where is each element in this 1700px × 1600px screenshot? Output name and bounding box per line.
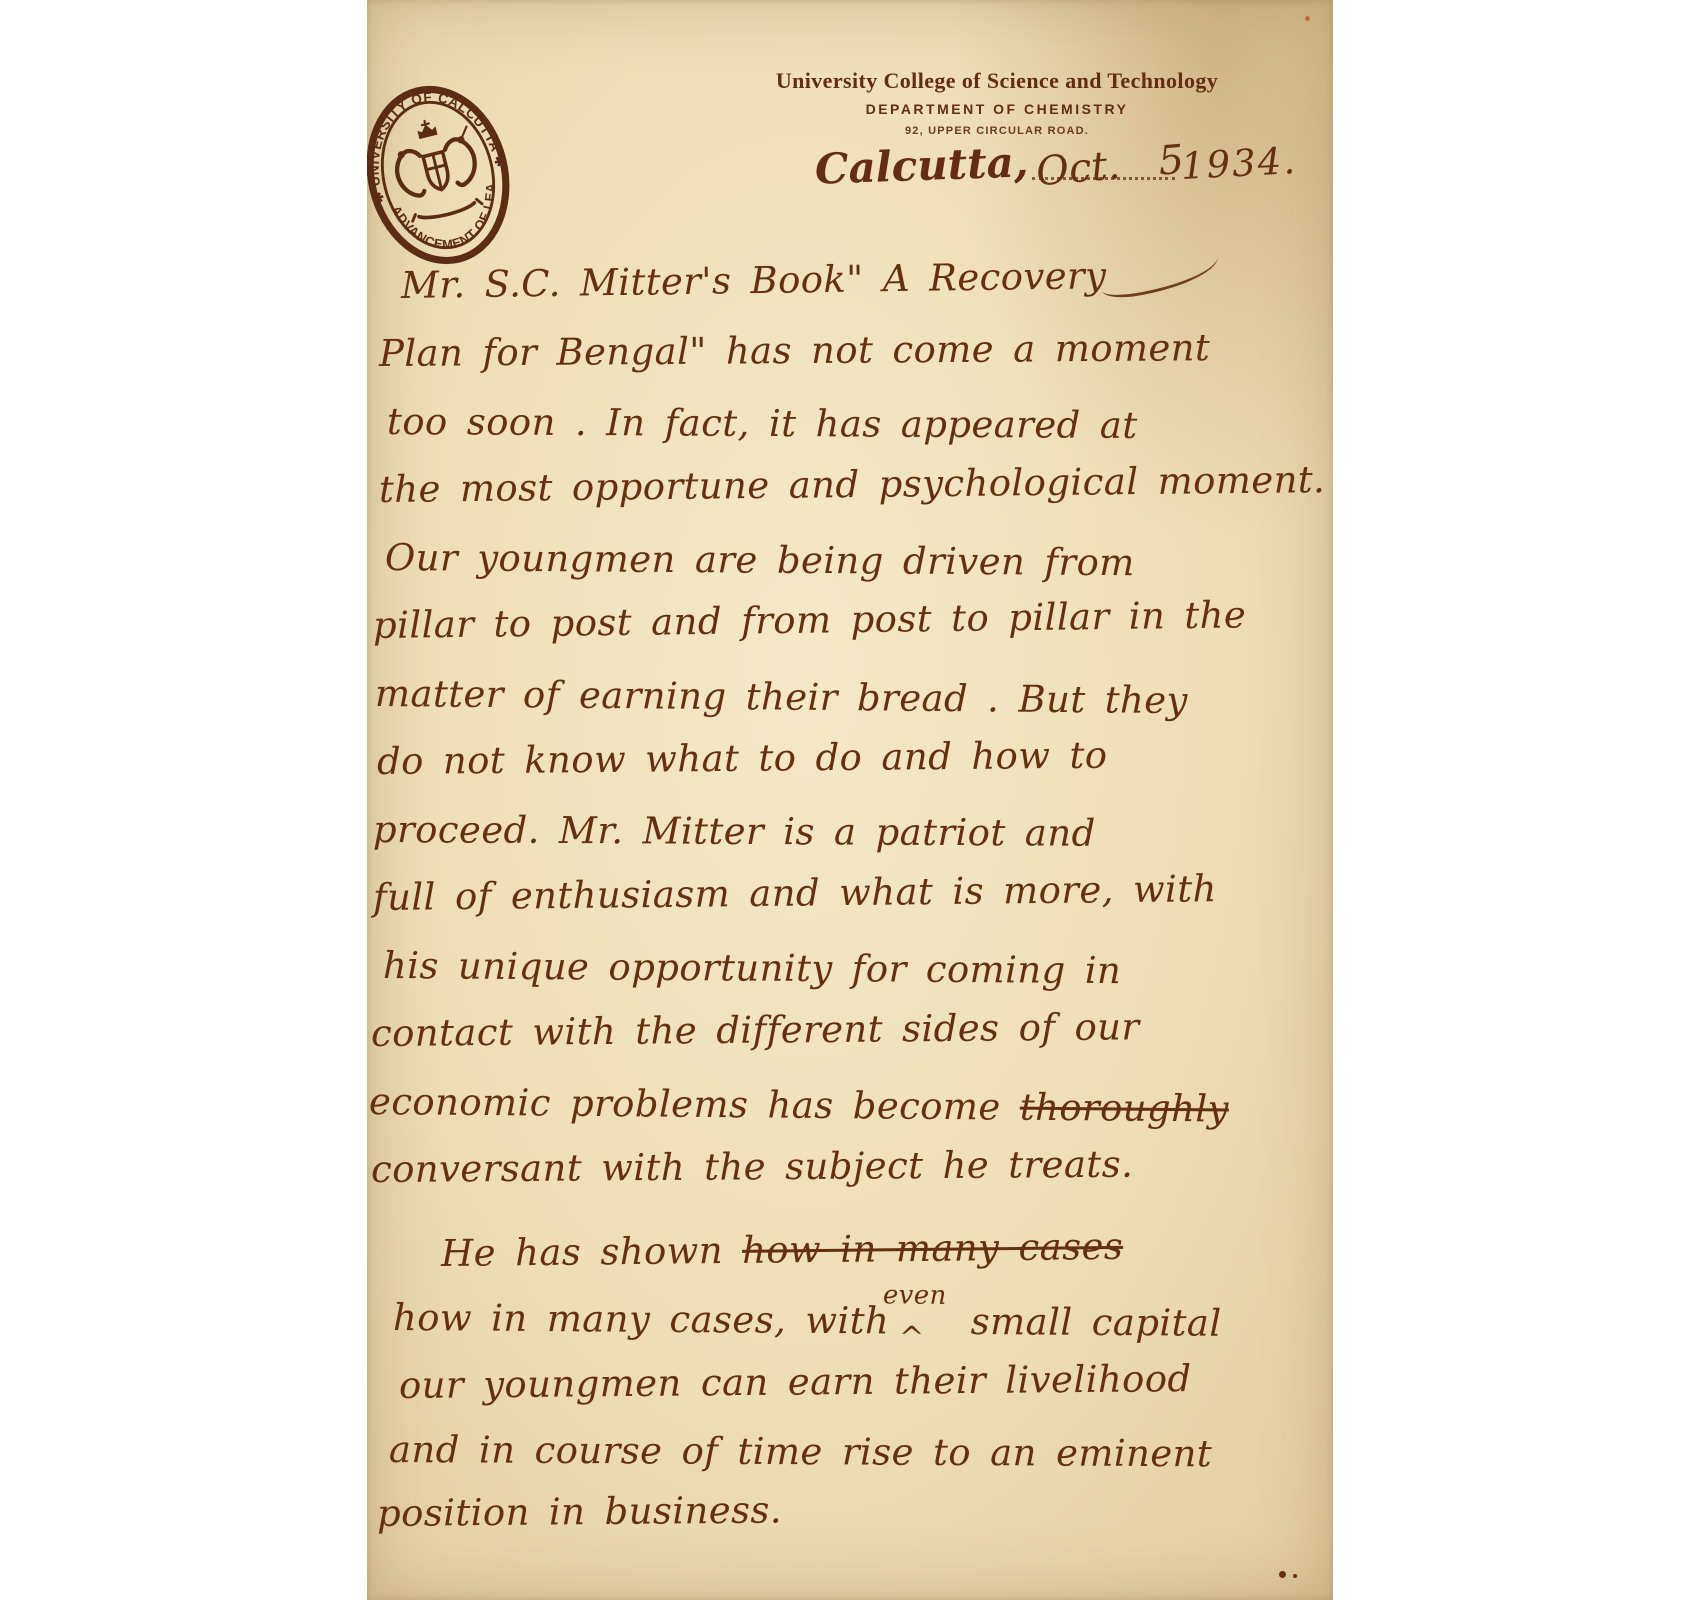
handwritten-text: contact with the different sides of our	[371, 1005, 1140, 1055]
handwritten-year: 1934.	[1180, 139, 1298, 188]
handwritten-line: our youngmen can earn their livelihood	[399, 1346, 1314, 1418]
handwritten-text: Plan for Bengal" has not come a moment	[379, 326, 1211, 375]
handwritten-line: position in business.	[377, 1474, 1314, 1546]
handwritten-text: too soon . In fact, it has appeared at	[387, 400, 1138, 447]
handwritten-date: Oct. 5	[1035, 137, 1187, 196]
handwritten-text: matter of earning their bread . But they	[375, 672, 1188, 722]
handwritten-text: conversant with the subject he treats.	[371, 1143, 1133, 1191]
handwritten-text: and in course of time rise to an eminent	[389, 1428, 1212, 1475]
flourish-swash	[1098, 244, 1223, 302]
paper-speck	[1305, 16, 1310, 21]
handwritten-text: proceed. Mr. Mitter is a patriot and	[373, 808, 1096, 855]
letter-body: Mr. S.C. Mitter's Book" A RecoveryPlan f…	[379, 252, 1313, 1546]
scan-background: ✱ UNIVERSITY OF CALCUTTA ✱ ADVANCEMENT O…	[0, 0, 1700, 1600]
handwritten-line: Mr. S.C. Mitter's Book" A Recovery	[401, 239, 1314, 320]
letterhead: University College of Science and Techno…	[717, 68, 1277, 137]
handwritten-text: pillar to post and from post to pillar i…	[373, 593, 1247, 647]
struck-out-text: thoroughly	[1020, 1086, 1229, 1131]
handwritten-line: contact with the different sides of our	[371, 992, 1314, 1068]
handwritten-text: his unique opportunity for coming in	[383, 944, 1122, 992]
handwritten-text: full of enthusiasm and what is more, wit…	[373, 867, 1217, 919]
institution-name: University College of Science and Techno…	[717, 68, 1277, 94]
handwritten-text: economic problems has become	[369, 1080, 1020, 1129]
handwritten-text: our youngmen can earn their livelihood	[399, 1357, 1192, 1407]
handwritten-line: conversant with the subject he treats.	[371, 1129, 1313, 1204]
handwritten-line: the most opportune and psychological mom…	[379, 446, 1314, 524]
department-name: DEPARTMENT OF CHEMISTRY	[717, 101, 1277, 117]
letter-paragraph: Mr. S.C. Mitter's Book" A RecoveryPlan f…	[379, 252, 1313, 1204]
handwritten-line: Plan for Bengal" has not come a moment	[379, 313, 1313, 388]
handwritten-text: He has shown	[441, 1229, 743, 1275]
letter-page: ✱ UNIVERSITY OF CALCUTTA ✱ ADVANCEMENT O…	[367, 0, 1333, 1600]
handwritten-text: small capital	[971, 1300, 1222, 1345]
ink-speck	[1279, 1571, 1286, 1578]
handwritten-line: do not know what to do and how to	[377, 720, 1314, 796]
handwritten-text: do not know what to do and how to	[377, 734, 1108, 783]
street-address: 92, UPPER CIRCULAR ROAD.	[717, 125, 1277, 137]
handwritten-line: pillar to post and from post to pillar i…	[373, 581, 1314, 660]
handwritten-line: full of enthusiasm and what is more, wit…	[373, 854, 1314, 932]
dotted-date-line: Oct. 5	[1032, 138, 1175, 180]
handwritten-text: the most opportune and psychological mom…	[379, 458, 1326, 511]
place-label: Calcutta,	[814, 141, 1029, 190]
struck-out-text: how in many cases	[742, 1225, 1123, 1272]
letter-paragraph: He has shown how in many caseshow in man…	[379, 1222, 1313, 1546]
handwritten-text: Mr. S.C. Mitter's Book" A Recovery	[401, 254, 1107, 307]
ink-speck	[1293, 1574, 1297, 1578]
dateline: Calcutta, Oct. 5 1934.	[815, 138, 1297, 187]
handwritten-text: Our youngmen are being driven from	[385, 536, 1135, 584]
handwritten-line: He has shown how in many cases	[441, 1213, 1314, 1286]
handwritten-text: position in business.	[377, 1488, 782, 1535]
handwritten-text: how in many cases, with	[393, 1296, 889, 1342]
